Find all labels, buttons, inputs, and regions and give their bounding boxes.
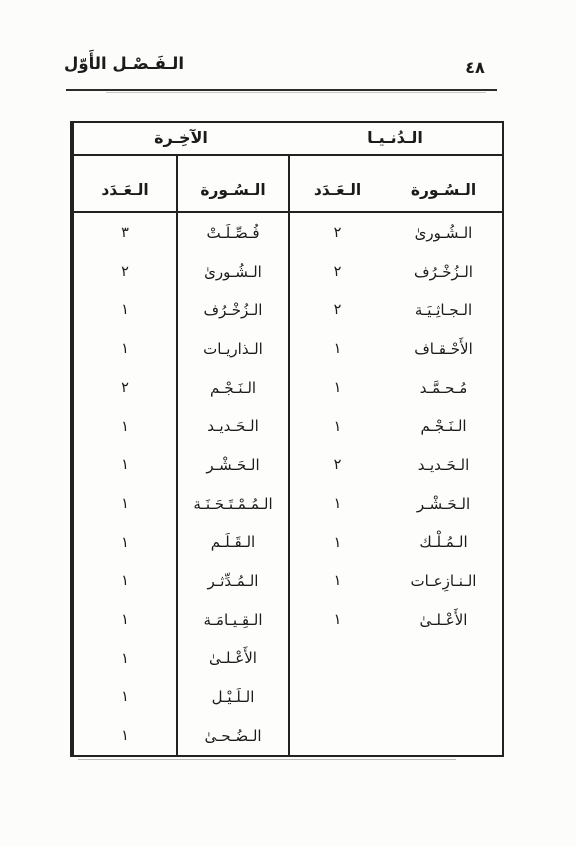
akhirah-surah-cell: الـمُـمْـتَـحَـنَـة <box>176 484 288 523</box>
dunya-surah-cell <box>385 677 502 716</box>
dunya-count-cell: ١ <box>288 329 385 368</box>
akhirah-count-cell: ١ <box>72 290 176 329</box>
akhirah-surah-cell: الـقَـلَـم <box>176 523 288 562</box>
akhirah-count-cell: ١ <box>72 639 176 678</box>
akhirah-count-cell: ١ <box>72 677 176 716</box>
group-header-dunya: الـدُنـيـا <box>288 123 502 156</box>
dunya-count-cell <box>288 677 385 716</box>
dunya-count-cell: ٢ <box>288 290 385 329</box>
dunya-count-cell: ١ <box>288 368 385 407</box>
dunya-surah-cell <box>385 716 502 755</box>
akhirah-surah-cell: الـضُـحـىٰ <box>176 716 288 755</box>
akhirah-count-cell: ١ <box>72 445 176 484</box>
dunya-count-cell: ١ <box>288 523 385 562</box>
akhirah-surah-cell: الـذاريـات <box>176 329 288 368</box>
dunya-count-cell: ٢ <box>288 445 385 484</box>
dunya-surah-cell: الـنَـجْـم <box>385 406 502 445</box>
dunya-count-cell <box>288 639 385 678</box>
akhirah-count-cell: ٣ <box>72 213 176 252</box>
page-number: ٤٨ <box>455 58 495 77</box>
dunya-count-cell: ١ <box>288 484 385 523</box>
akhirah-surah-cell: الـلَـيْـل <box>176 677 288 716</box>
column-header-akhirah-surah: الـسُـورة <box>176 156 288 213</box>
akhirah-count-cell: ١ <box>72 484 176 523</box>
akhirah-count-cell: ٢ <box>72 252 176 291</box>
scanned-book-page: { "page_header": { "chapter_title": "الـ… <box>0 0 576 846</box>
dunya-count-cell: ١ <box>288 600 385 639</box>
dunya-count-cell: ٢ <box>288 252 385 291</box>
page-background: الـفَـصْـل الأَوّل ٤٨ الـدُنـيـا الآخِـر… <box>0 0 576 846</box>
akhirah-count-cell: ١ <box>72 329 176 368</box>
akhirah-surah-cell: الـحَـديـد <box>176 406 288 445</box>
dunya-count-cell <box>288 716 385 755</box>
dunya-surah-cell: الـزُخْـرُف <box>385 252 502 291</box>
dunya-count-cell: ١ <box>288 561 385 600</box>
dunya-surah-cell: الأَحْـقـاف <box>385 329 502 368</box>
akhirah-surah-cell: الـزُخْـرُف <box>176 290 288 329</box>
dunya-surah-cell: الأَعْـلـىٰ <box>385 600 502 639</box>
akhirah-count-cell: ١ <box>72 716 176 755</box>
akhirah-surah-cell: الـمُـدِّثـر <box>176 561 288 600</box>
dunya-count-cell: ١ <box>288 406 385 445</box>
column-header-dunya-surah: الـسُـورة <box>385 156 502 213</box>
akhirah-count-cell: ١ <box>72 406 176 445</box>
akhirah-surah-cell: الـحَـشْـر <box>176 445 288 484</box>
dunya-surah-cell: الـحَـديـد <box>385 445 502 484</box>
dunya-surah-cell: الـشُـورىٰ <box>385 213 502 252</box>
akhirah-surah-cell: الأَعْـلـىٰ <box>176 639 288 678</box>
akhirah-surah-cell: الـقِـيـامَـة <box>176 600 288 639</box>
akhirah-surah-cell: الـنَـجْـم <box>176 368 288 407</box>
akhirah-count-cell: ١ <box>72 600 176 639</box>
column-header-akhirah-count: الـعَـدَد <box>72 156 176 213</box>
akhirah-count-cell: ١ <box>72 523 176 562</box>
dunya-surah-cell: مُـحـمَّـد <box>385 368 502 407</box>
dunya-surah-cell: الـنـازِعـات <box>385 561 502 600</box>
akhirah-surah-cell: الـشُـورىٰ <box>176 252 288 291</box>
column-header-dunya-count: الـعَـدَد <box>288 156 385 213</box>
dunya-surah-cell: الـجـاثِـيَـة <box>385 290 502 329</box>
chapter-title: الـفَـصْـل الأَوّل <box>64 54 194 78</box>
dunya-surah-cell: الـحَـشْـر <box>385 484 502 523</box>
dunya-surah-cell: الـمُـلْـك <box>385 523 502 562</box>
dunya-surah-cell <box>385 639 502 678</box>
header-rule <box>66 89 497 91</box>
dunya-count-cell: ٢ <box>288 213 385 252</box>
group-header-akhirah: الآخِـرة <box>72 123 288 156</box>
akhirah-surah-cell: فُـصِّـلَـتْ <box>176 213 288 252</box>
akhirah-count-cell: ١ <box>72 561 176 600</box>
akhirah-count-cell: ٢ <box>72 368 176 407</box>
surah-count-table: الـدُنـيـا الآخِـرة الـسُـورة الـعَـدَد … <box>70 121 504 757</box>
